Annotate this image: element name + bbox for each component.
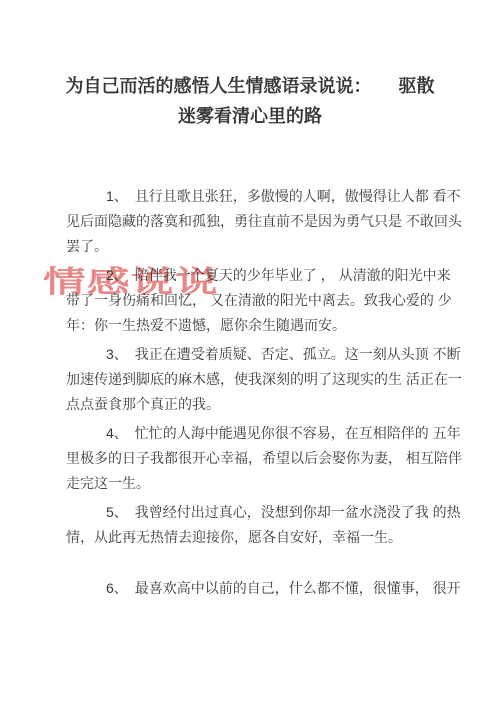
paragraph-1: 1、 且行且歌且张狂，多傲慢的人啊，傲慢得让人都 看不 见后面隐藏的落寞和孤独，… <box>66 184 482 259</box>
document-body: 1、 且行且歌且张狂，多傲慢的人啊，傲慢得让人都 看不 见后面隐藏的落寞和孤独，… <box>0 184 500 601</box>
document-page: 情感说说 为自己而活的感悟人生情感语录说说： 驱散 迷雾看清心里的路 1、 且行… <box>0 0 500 708</box>
paragraph-6: 6、 最喜欢高中以前的自己，什么都不懂，很懂事， 很开 <box>66 576 482 601</box>
paragraph-3: 3、 我正在遭受着质疑、否定、孤立。这一刻从头顶 不断 加速传递到脚底的麻木感，… <box>66 342 482 417</box>
paragraph-2: 2、 陪伴我一个夏天的少年毕业了 ， 从清澈的阳光中来 带了一身伤痛和回忆， 又… <box>66 263 482 338</box>
page-title: 为自己而活的感悟人生情感语录说说： 驱散 迷雾看清心里的路 <box>0 0 500 131</box>
paragraph-4: 4、 忙忙的人海中能遇见你很不容易，在互相陪伴的 五年 里极多的日子我都很开心幸… <box>66 421 482 496</box>
paragraph-5: 5、 我曾经付出过真心，没想到你却一盆水浇没了我 的热 情，从此再无热情去迎接你… <box>66 500 482 550</box>
